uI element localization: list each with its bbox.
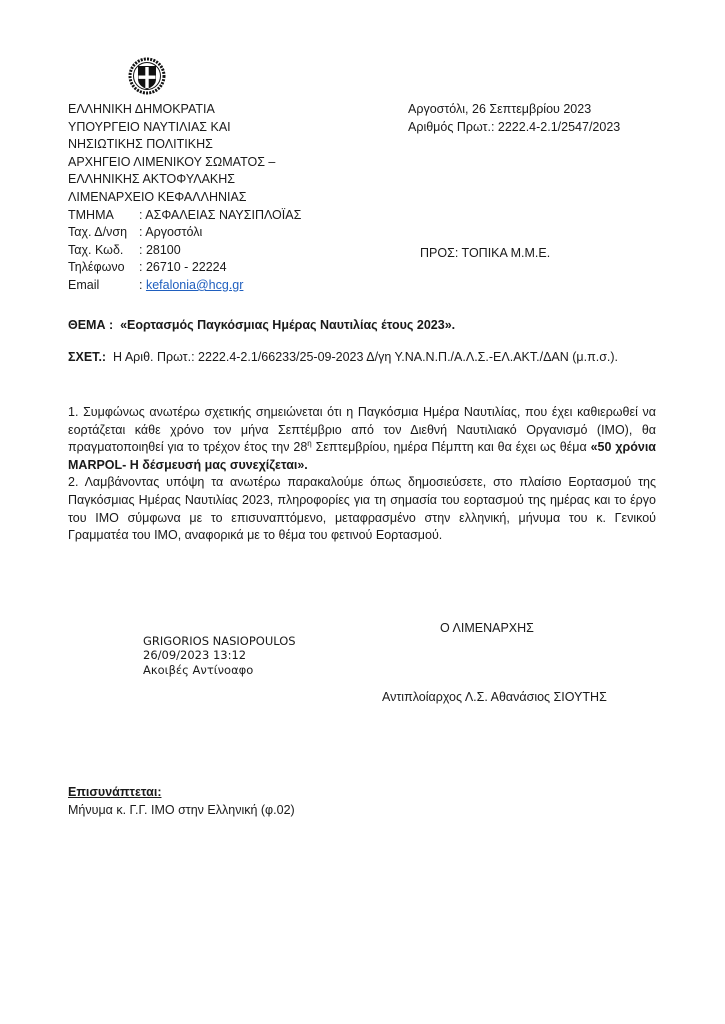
issuer-line: ΝΗΣΙΩΤΙΚΗΣ ΠΟΛΙΤΙΚΗΣ bbox=[68, 136, 301, 154]
subject-label: ΘΕΜΑ : bbox=[68, 318, 113, 332]
signatory-title: Ο ΛΙΜΕΝΑΡΧΗΣ bbox=[440, 620, 534, 638]
stamp-note: Ακοιβές Αντίνοαφο bbox=[143, 663, 296, 677]
contact-label: Τηλέφωνο bbox=[68, 259, 139, 277]
contact-value: : 28100 bbox=[139, 242, 181, 260]
letter-body: 1. Συμφώνως ανωτέρω σχετικής σημειώνεται… bbox=[68, 404, 656, 545]
email-row: Email : kefalonia@hcg.gr bbox=[68, 277, 301, 295]
email-link[interactable]: kefalonia@hcg.gr bbox=[146, 277, 243, 295]
issuer-line: ΕΛΛΗΝΙΚΗ ΔΗΜΟΚΡΑΤΙΑ bbox=[68, 101, 301, 119]
email-separator: : bbox=[139, 277, 146, 295]
postal-code-row: Ταχ. Κωδ. : 28100 bbox=[68, 242, 301, 260]
issuer-line: ΛΙΜΕΝΑΡΧΕΙΟ ΚΕΦΑΛΛΗΝΙΑΣ bbox=[68, 189, 301, 207]
contact-value: : 26710 - 22224 bbox=[139, 259, 227, 277]
stamp-name: GRIGORIOS NASIOPOULOS bbox=[143, 634, 296, 648]
paragraph-1: 1. Συμφώνως ανωτέρω σχετικής σημειώνεται… bbox=[68, 404, 656, 474]
attachment-item: Μήνυμα κ. Γ.Γ. ΙΜΟ στην Ελληνική (φ.02) bbox=[68, 802, 295, 820]
protocol-number: Αριθμός Πρωτ.: 2222.4-2.1/2547/2023 bbox=[408, 119, 620, 137]
reference-text: Η Αριθ. Πρωτ.: 2222.4-2.1/66233/25-09-20… bbox=[113, 350, 618, 364]
department-row: ΤΜΗΜΑ : ΑΣΦΑΛΕΙΑΣ ΝΑΥΣΙΠΛΟΪΑΣ bbox=[68, 207, 301, 225]
issuer-line: ΕΛΛΗΝΙΚΗΣ ΑΚΤΟΦΥΛΑΚΗΣ bbox=[68, 171, 301, 189]
recipient: ΠΡΟΣ: ΤΟΠΙΚΑ Μ.Μ.Ε. bbox=[420, 245, 550, 263]
paragraph-2: 2. Λαμβάνοντας υπόψη τα ανωτέρω παρακαλο… bbox=[68, 474, 656, 544]
issuer-line: ΥΠΟΥΡΓΕΙΟ ΝΑΥΤΙΛΙΑΣ ΚΑΙ bbox=[68, 119, 301, 137]
contact-value: : ΑΣΦΑΛΕΙΑΣ ΝΑΥΣΙΠΛΟΪΑΣ bbox=[139, 207, 301, 225]
issuer-line: ΑΡΧΗΓΕΙΟ ΛΙΜΕΝΙΚΟΥ ΣΩΜΑΤΟΣ – bbox=[68, 154, 301, 172]
contact-label: Ταχ. Δ/νση bbox=[68, 224, 139, 242]
paragraph-1-text-cont: Σεπτεμβρίου, ημέρα Πέμπτη και θα έχει ως… bbox=[312, 440, 591, 454]
contact-value: : Αργοστόλι bbox=[139, 224, 202, 242]
place-date: Αργοστόλι, 26 Σεπτεμβρίου 2023 bbox=[408, 101, 620, 119]
subject-text: «Εορτασμός Παγκόσμιας Ημέρας Ναυτιλίας έ… bbox=[120, 318, 455, 332]
phone-row: Τηλέφωνο : 26710 - 22224 bbox=[68, 259, 301, 277]
contact-label: Email bbox=[68, 277, 139, 295]
signer-name: Αντιπλοίαρχος Λ.Σ. Αθανάσιος ΣΙΟΥΤΗΣ bbox=[382, 689, 607, 707]
greek-coat-of-arms-icon bbox=[128, 57, 166, 95]
subject-line: ΘΕΜΑ : «Εορτασμός Παγκόσμιας Ημέρας Ναυτ… bbox=[68, 317, 455, 335]
reference-label: ΣΧΕΤ.: bbox=[68, 350, 106, 364]
date-protocol-block: Αργοστόλι, 26 Σεπτεμβρίου 2023 Αριθμός Π… bbox=[408, 101, 620, 136]
contact-label: Ταχ. Κωδ. bbox=[68, 242, 139, 260]
attachments-title: Επισυνάπτεται: bbox=[68, 784, 161, 802]
issuer-block: ΕΛΛΗΝΙΚΗ ΔΗΜΟΚΡΑΤΙΑ ΥΠΟΥΡΓΕΙΟ ΝΑΥΤΙΛΙΑΣ … bbox=[68, 101, 301, 295]
digital-signature-stamp: GRIGORIOS NASIOPOULOS 26/09/2023 13:12 Α… bbox=[143, 634, 296, 677]
address-row: Ταχ. Δ/νση : Αργοστόλι bbox=[68, 224, 301, 242]
stamp-datetime: 26/09/2023 13:12 bbox=[143, 648, 296, 662]
reference-line: ΣΧΕΤ.: Η Αριθ. Πρωτ.: 2222.4-2.1/66233/2… bbox=[68, 349, 618, 367]
contact-label: ΤΜΗΜΑ bbox=[68, 207, 139, 225]
